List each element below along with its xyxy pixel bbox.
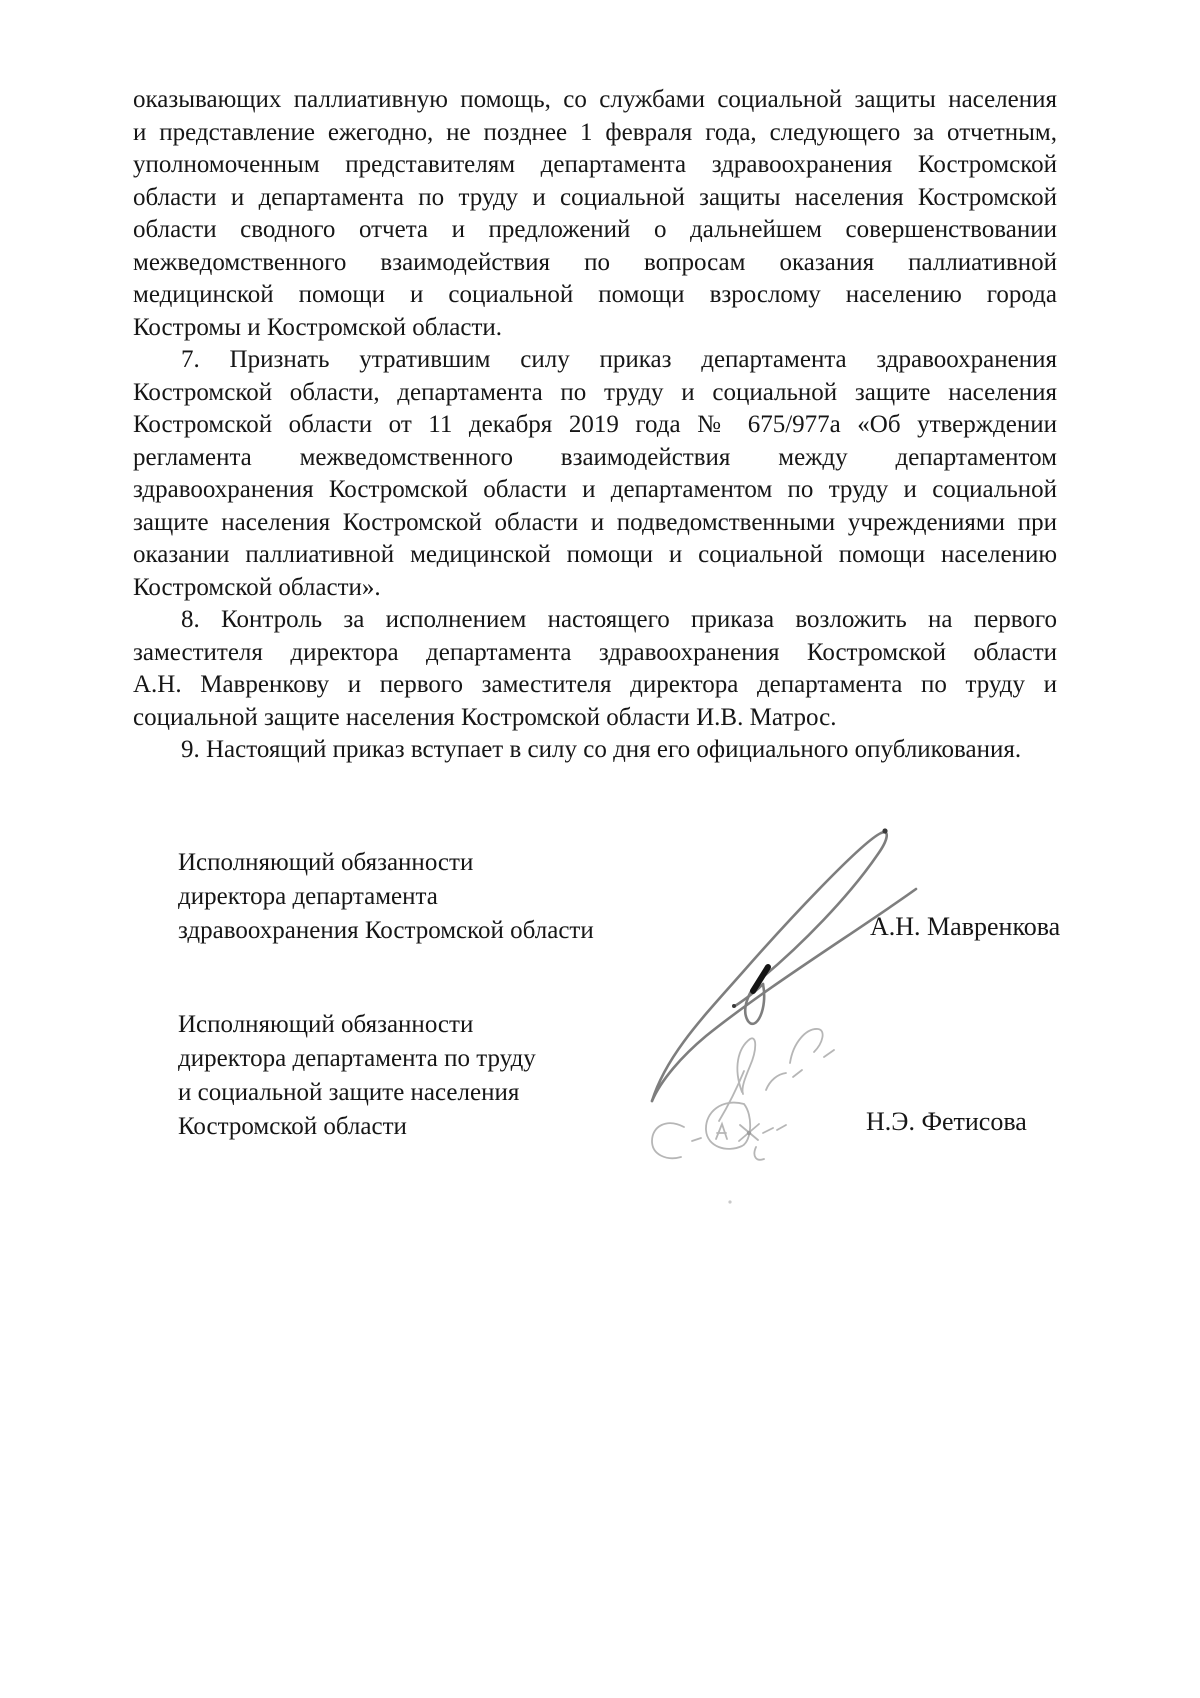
text-line: области и департамента по труду и социал… xyxy=(133,182,1057,215)
text-line: оказании паллиативной медицинской помощи… xyxy=(133,539,1057,572)
text-line: регламента межведомственного взаимодейст… xyxy=(133,442,1057,475)
text-line: Костромской области». xyxy=(133,572,1057,605)
text-line: А.Н. Мавренкову и первого заместителя ди… xyxy=(133,669,1057,702)
ink-signature-knot xyxy=(753,967,768,991)
signature-block-labor-department: Исполняющий обязанностидиректора департа… xyxy=(178,1008,536,1144)
text-line: области сводного отчета и предложений о … xyxy=(133,214,1057,247)
ink-signature-mavrenkova xyxy=(652,832,916,1101)
text-line: и представление ежегодно, не позднее 1 ф… xyxy=(133,117,1057,150)
signature-title-line: директора департамента xyxy=(178,880,594,914)
scan-speck xyxy=(728,1200,731,1203)
signature-title-line: здравоохранения Костромской области xyxy=(178,914,594,948)
text-line: оказывающих паллиативную помощь, со служ… xyxy=(133,84,1057,117)
text-line: социальной защите населения Костромской … xyxy=(133,702,1057,735)
text-line: здравоохранения Костромской области и де… xyxy=(133,474,1057,507)
text-line: уполномоченным представителям департамен… xyxy=(133,149,1057,182)
text-line: 7. Признать утратившим силу приказ депар… xyxy=(133,344,1057,377)
document-body: оказывающих паллиативную помощь, со служ… xyxy=(133,84,1057,767)
signature-title-line: Исполняющий обязанности xyxy=(178,1008,536,1042)
signature-title-line: директора департамента по труду xyxy=(178,1042,536,1076)
text-line: медицинской помощи и социальной помощи в… xyxy=(133,279,1057,312)
text-line: Костромы и Костромской области. xyxy=(133,312,1057,345)
text-line: 8. Контроль за исполнением настоящего пр… xyxy=(133,604,1057,637)
text-line: защите населения Костромской области и п… xyxy=(133,507,1057,540)
text-line: 9. Настоящий приказ вступает в силу со д… xyxy=(133,734,1057,767)
text-line: Костромской области от 11 декабря 2019 г… xyxy=(133,409,1057,442)
ink-signature-dots xyxy=(732,828,888,1008)
ink-signature-fetisova-dots xyxy=(747,1131,751,1135)
signature-title-line: и социальной защите населения xyxy=(178,1076,536,1110)
text-line: Костромской области, департамента по тру… xyxy=(133,377,1057,410)
signature-title-line: Исполняющий обязанности xyxy=(178,846,594,880)
scanned-document-page: оказывающих паллиативную помощь, со служ… xyxy=(0,0,1200,1698)
signatory-name-fetisova: Н.Э. Фетисова xyxy=(866,1107,1027,1137)
signatory-name-mavrenkova: А.Н. Мавренкова xyxy=(870,912,1060,942)
signature-block-health-department: Исполняющий обязанностидиректора департа… xyxy=(178,846,594,948)
text-line: межведомственного взаимодействия по вопр… xyxy=(133,247,1057,280)
signature-title-line: Костромской области xyxy=(178,1110,536,1144)
ink-signature-fetisova xyxy=(652,1029,834,1160)
text-line: заместителя директора департамента здрав… xyxy=(133,637,1057,670)
